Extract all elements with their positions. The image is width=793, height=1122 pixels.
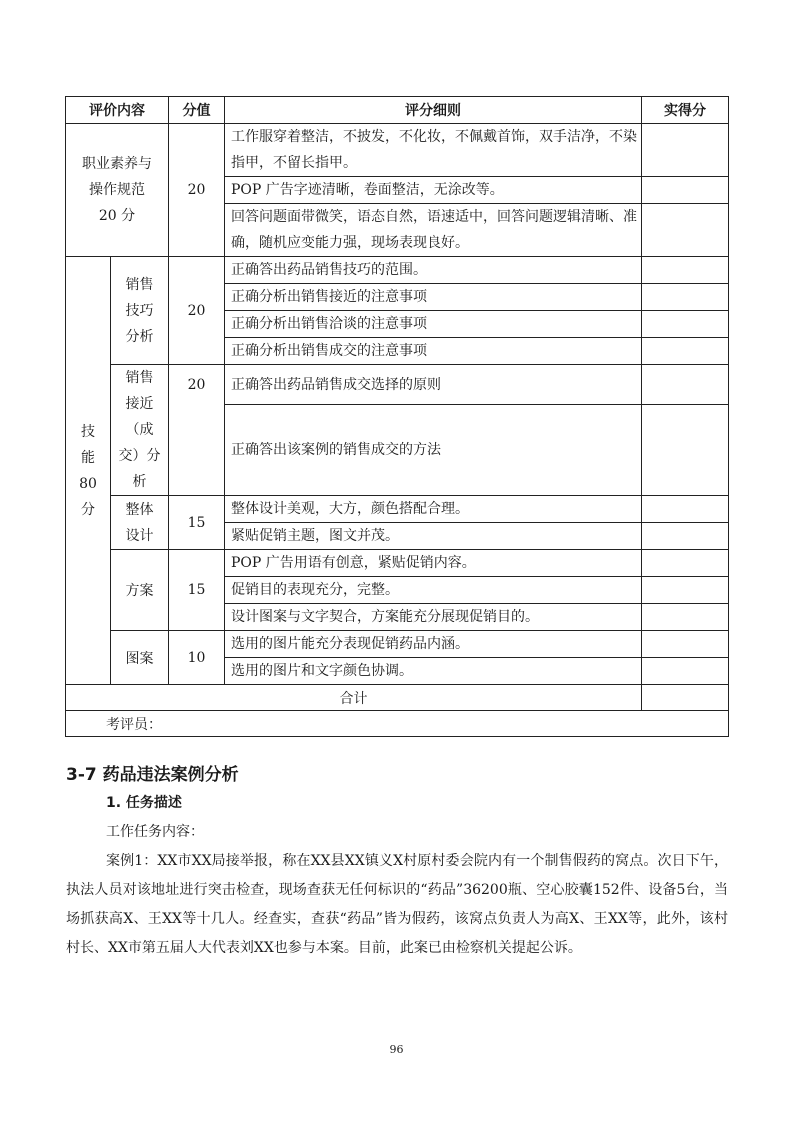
subcategory-sales-skills: 销售 技巧 分析 bbox=[111, 257, 169, 365]
actual-score-cell[interactable] bbox=[642, 338, 729, 365]
header-score: 分值 bbox=[169, 97, 225, 124]
actual-score-cell[interactable] bbox=[642, 311, 729, 338]
criteria-cell: 选用的图片和文字颜色协调。 bbox=[225, 658, 642, 685]
actual-score-cell[interactable] bbox=[642, 365, 729, 405]
subcategory-line: 交）分 bbox=[111, 443, 168, 469]
actual-score-cell[interactable] bbox=[642, 496, 729, 523]
subcategory-plan: 方案 bbox=[111, 550, 169, 631]
score-value: 15 bbox=[169, 550, 225, 631]
criteria-cell: 正确分析出销售接近的注意事项 bbox=[225, 284, 642, 311]
subcategory-line: 整体 bbox=[111, 497, 168, 523]
category-line: 能 bbox=[66, 445, 110, 471]
category-line: 职业素养与 bbox=[66, 151, 168, 177]
actual-score-cell[interactable] bbox=[642, 658, 729, 685]
criteria-cell: 工作服穿着整洁，不披发，不化妆，不佩戴首饰，双手洁净，不染指甲，不留长指甲。 bbox=[225, 124, 642, 177]
subcategory-line: 析 bbox=[111, 469, 168, 495]
category-line: 技 bbox=[66, 419, 110, 445]
total-label: 合计 bbox=[66, 685, 642, 711]
subcategory-line: 销售 bbox=[111, 365, 168, 391]
table-row: 销售 接近 （成 交）分 析 20 正确答出药品销售成交选择的原则 bbox=[66, 365, 729, 405]
case-paragraph: 案例1：XX市XX局接举报，称在XX县XX镇义X村原村委会院内有一个制售假药的窝… bbox=[66, 847, 728, 963]
criteria-cell: 紧贴促销主题，图文并茂。 bbox=[225, 523, 642, 550]
subcategory-line: 设计 bbox=[111, 523, 168, 549]
table-header-row: 评价内容 分值 评分细则 实得分 bbox=[66, 97, 729, 124]
subsection-title: 1. 任务描述 bbox=[106, 792, 182, 812]
criteria-cell: POP 广告字迹清晰，卷面整洁，无涂改等。 bbox=[225, 177, 642, 204]
actual-score-cell[interactable] bbox=[642, 577, 729, 604]
actual-score-cell[interactable] bbox=[642, 523, 729, 550]
table-row: 图案 10 选用的图片能充分表现促销药品内涵。 bbox=[66, 631, 729, 658]
subcategory-overall-design: 整体 设计 bbox=[111, 496, 169, 550]
actual-score-cell[interactable] bbox=[642, 550, 729, 577]
category-professional: 职业素养与 操作规范 20 分 bbox=[66, 124, 169, 257]
score-value: 20 bbox=[169, 365, 225, 496]
criteria-cell: 回答问题面带微笑，语态自然，语速适中，回答问题逻辑清晰、准确，随机应变能力强，现… bbox=[225, 204, 642, 257]
criteria-cell: 正确答出该案例的销售成交的方法 bbox=[225, 405, 642, 496]
category-line: 20 分 bbox=[66, 203, 168, 229]
category-line: 分 bbox=[66, 497, 110, 523]
criteria-cell: 正确答出药品销售技巧的范围。 bbox=[225, 257, 642, 284]
criteria-cell: 设计图案与文字契合，方案能充分展现促销目的。 bbox=[225, 604, 642, 631]
score-value: 10 bbox=[169, 631, 225, 685]
header-criteria: 评分细则 bbox=[225, 97, 642, 124]
table-row: 方案 15 POP 广告用语有创意，紧贴促销内容。 bbox=[66, 550, 729, 577]
criteria-cell: POP 广告用语有创意，紧贴促销内容。 bbox=[225, 550, 642, 577]
actual-score-cell[interactable] bbox=[642, 284, 729, 311]
examiner-label: 考评员： bbox=[66, 711, 729, 737]
header-actual-score: 实得分 bbox=[642, 97, 729, 124]
page-number: 96 bbox=[0, 1043, 793, 1056]
score-value: 20 bbox=[169, 257, 225, 365]
subcategory-sales-approach: 销售 接近 （成 交）分 析 bbox=[111, 365, 169, 496]
criteria-cell: 正确分析出销售洽谈的注意事项 bbox=[225, 311, 642, 338]
actual-score-cell[interactable] bbox=[642, 177, 729, 204]
examiner-row: 考评员： bbox=[66, 711, 729, 737]
table-row: 职业素养与 操作规范 20 分 20 工作服穿着整洁，不披发，不化妆，不佩戴首饰… bbox=[66, 124, 729, 177]
header-content: 评价内容 bbox=[66, 97, 169, 124]
actual-score-cell[interactable] bbox=[642, 124, 729, 177]
table-row: 技 能 80 分 销售 技巧 分析 20 正确答出药品销售技巧的范围。 bbox=[66, 257, 729, 284]
criteria-cell: 选用的图片能充分表现促销药品内涵。 bbox=[225, 631, 642, 658]
criteria-cell: 促销目的表现充分，完整。 bbox=[225, 577, 642, 604]
category-line: 80 bbox=[66, 471, 110, 497]
section-title: 3-7 药品违法案例分析 bbox=[66, 760, 239, 785]
actual-score-cell[interactable] bbox=[642, 604, 729, 631]
score-value: 20 bbox=[169, 124, 225, 257]
total-score-cell[interactable] bbox=[642, 685, 729, 711]
total-row: 合计 bbox=[66, 685, 729, 711]
intro-paragraph: 工作任务内容： bbox=[66, 818, 728, 847]
category-line: 操作规范 bbox=[66, 177, 168, 203]
subcategory-line: 分析 bbox=[111, 324, 168, 350]
subcategory-line: 技巧 bbox=[111, 298, 168, 324]
table-row: 整体 设计 15 整体设计美观，大方，颜色搭配合理。 bbox=[66, 496, 729, 523]
criteria-cell: 正确分析出销售成交的注意事项 bbox=[225, 338, 642, 365]
actual-score-cell[interactable] bbox=[642, 631, 729, 658]
actual-score-cell[interactable] bbox=[642, 257, 729, 284]
subcategory-line: 销售 bbox=[111, 272, 168, 298]
actual-score-cell[interactable] bbox=[642, 204, 729, 257]
category-skills: 技 能 80 分 bbox=[66, 257, 111, 685]
score-value: 15 bbox=[169, 496, 225, 550]
evaluation-table: 评价内容 分值 评分细则 实得分 职业素养与 操作规范 20 分 20 工作服穿… bbox=[65, 96, 729, 737]
criteria-cell: 正确答出药品销售成交选择的原则 bbox=[225, 365, 642, 405]
criteria-cell: 整体设计美观，大方，颜色搭配合理。 bbox=[225, 496, 642, 523]
subcategory-line: 接近 bbox=[111, 391, 168, 417]
actual-score-cell[interactable] bbox=[642, 405, 729, 496]
subcategory-pattern: 图案 bbox=[111, 631, 169, 685]
subcategory-line: （成 bbox=[111, 417, 168, 443]
